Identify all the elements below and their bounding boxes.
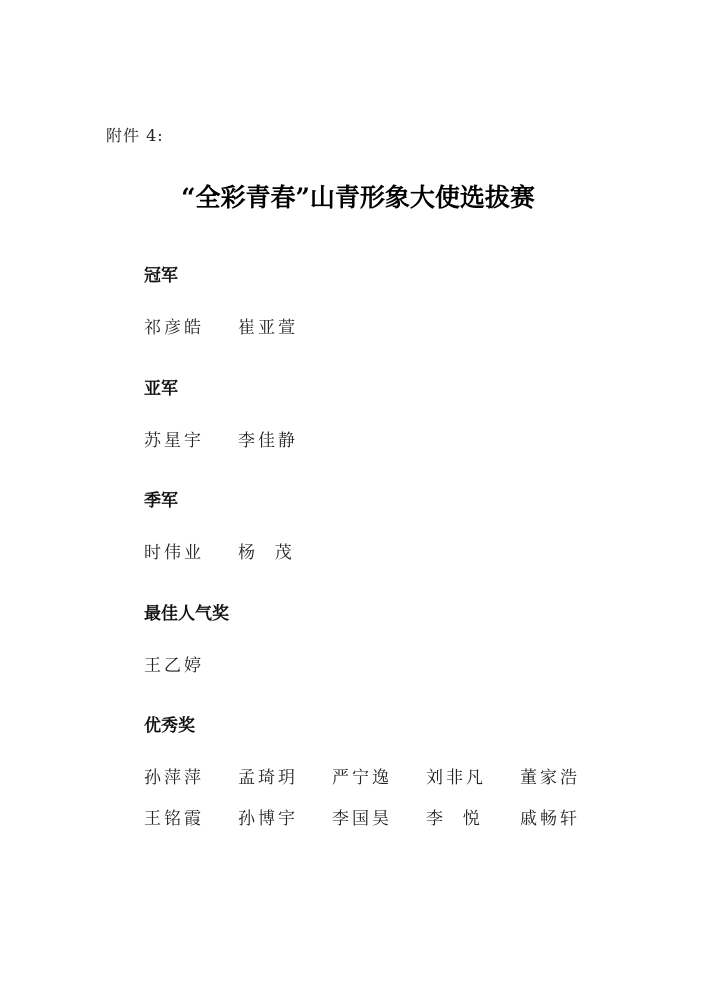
winner-name: 严宁逸 — [332, 763, 426, 788]
winner-name: 李国昊 — [332, 804, 426, 829]
document-page: 附件 4: “全彩青春”山青形象大使选拔赛 冠军 祁彦皓 崔亚萱 亚军 苏星宇 … — [0, 0, 702, 992]
winner-name: 祁彦皓 — [144, 313, 238, 338]
section-heading-runner-up: 亚军 — [144, 374, 178, 399]
names-row-third-place: 时伟业 杨 茂 — [144, 538, 332, 563]
winner-name: 孙博宇 — [238, 804, 332, 829]
winner-name: 时伟业 — [144, 538, 238, 563]
winner-name: 李 悦 — [426, 804, 520, 829]
names-row-excellence-2: 王铭霞 孙博宇 李国昊 李 悦 戚畅轩 — [144, 804, 614, 829]
winner-name: 李佳静 — [238, 426, 332, 451]
winner-name: 孙萍萍 — [144, 763, 238, 788]
document-title: “全彩青春”山青形象大使选拔赛 — [0, 178, 702, 214]
winner-name: 苏星宇 — [144, 426, 238, 451]
winner-name: 杨 茂 — [238, 538, 332, 563]
section-heading-most-popular: 最佳人气奖 — [144, 599, 229, 624]
names-row-most-popular: 王乙婷 — [144, 651, 238, 676]
names-row-excellence-1: 孙萍萍 孟琦玥 严宁逸 刘非凡 董家浩 — [144, 763, 614, 788]
section-heading-champion: 冠军 — [144, 261, 178, 286]
winner-name: 戚畅轩 — [520, 804, 614, 829]
winner-name: 王乙婷 — [144, 651, 238, 676]
section-heading-third-place: 季军 — [144, 486, 178, 511]
winner-name: 王铭霞 — [144, 804, 238, 829]
winner-name: 刘非凡 — [426, 763, 520, 788]
names-row-champion: 祁彦皓 崔亚萱 — [144, 313, 332, 338]
winner-name: 董家浩 — [520, 763, 614, 788]
winner-name: 崔亚萱 — [238, 313, 332, 338]
section-heading-excellence: 优秀奖 — [144, 711, 195, 736]
attachment-label: 附件 4: — [106, 123, 164, 146]
winner-name: 孟琦玥 — [238, 763, 332, 788]
names-row-runner-up: 苏星宇 李佳静 — [144, 426, 332, 451]
